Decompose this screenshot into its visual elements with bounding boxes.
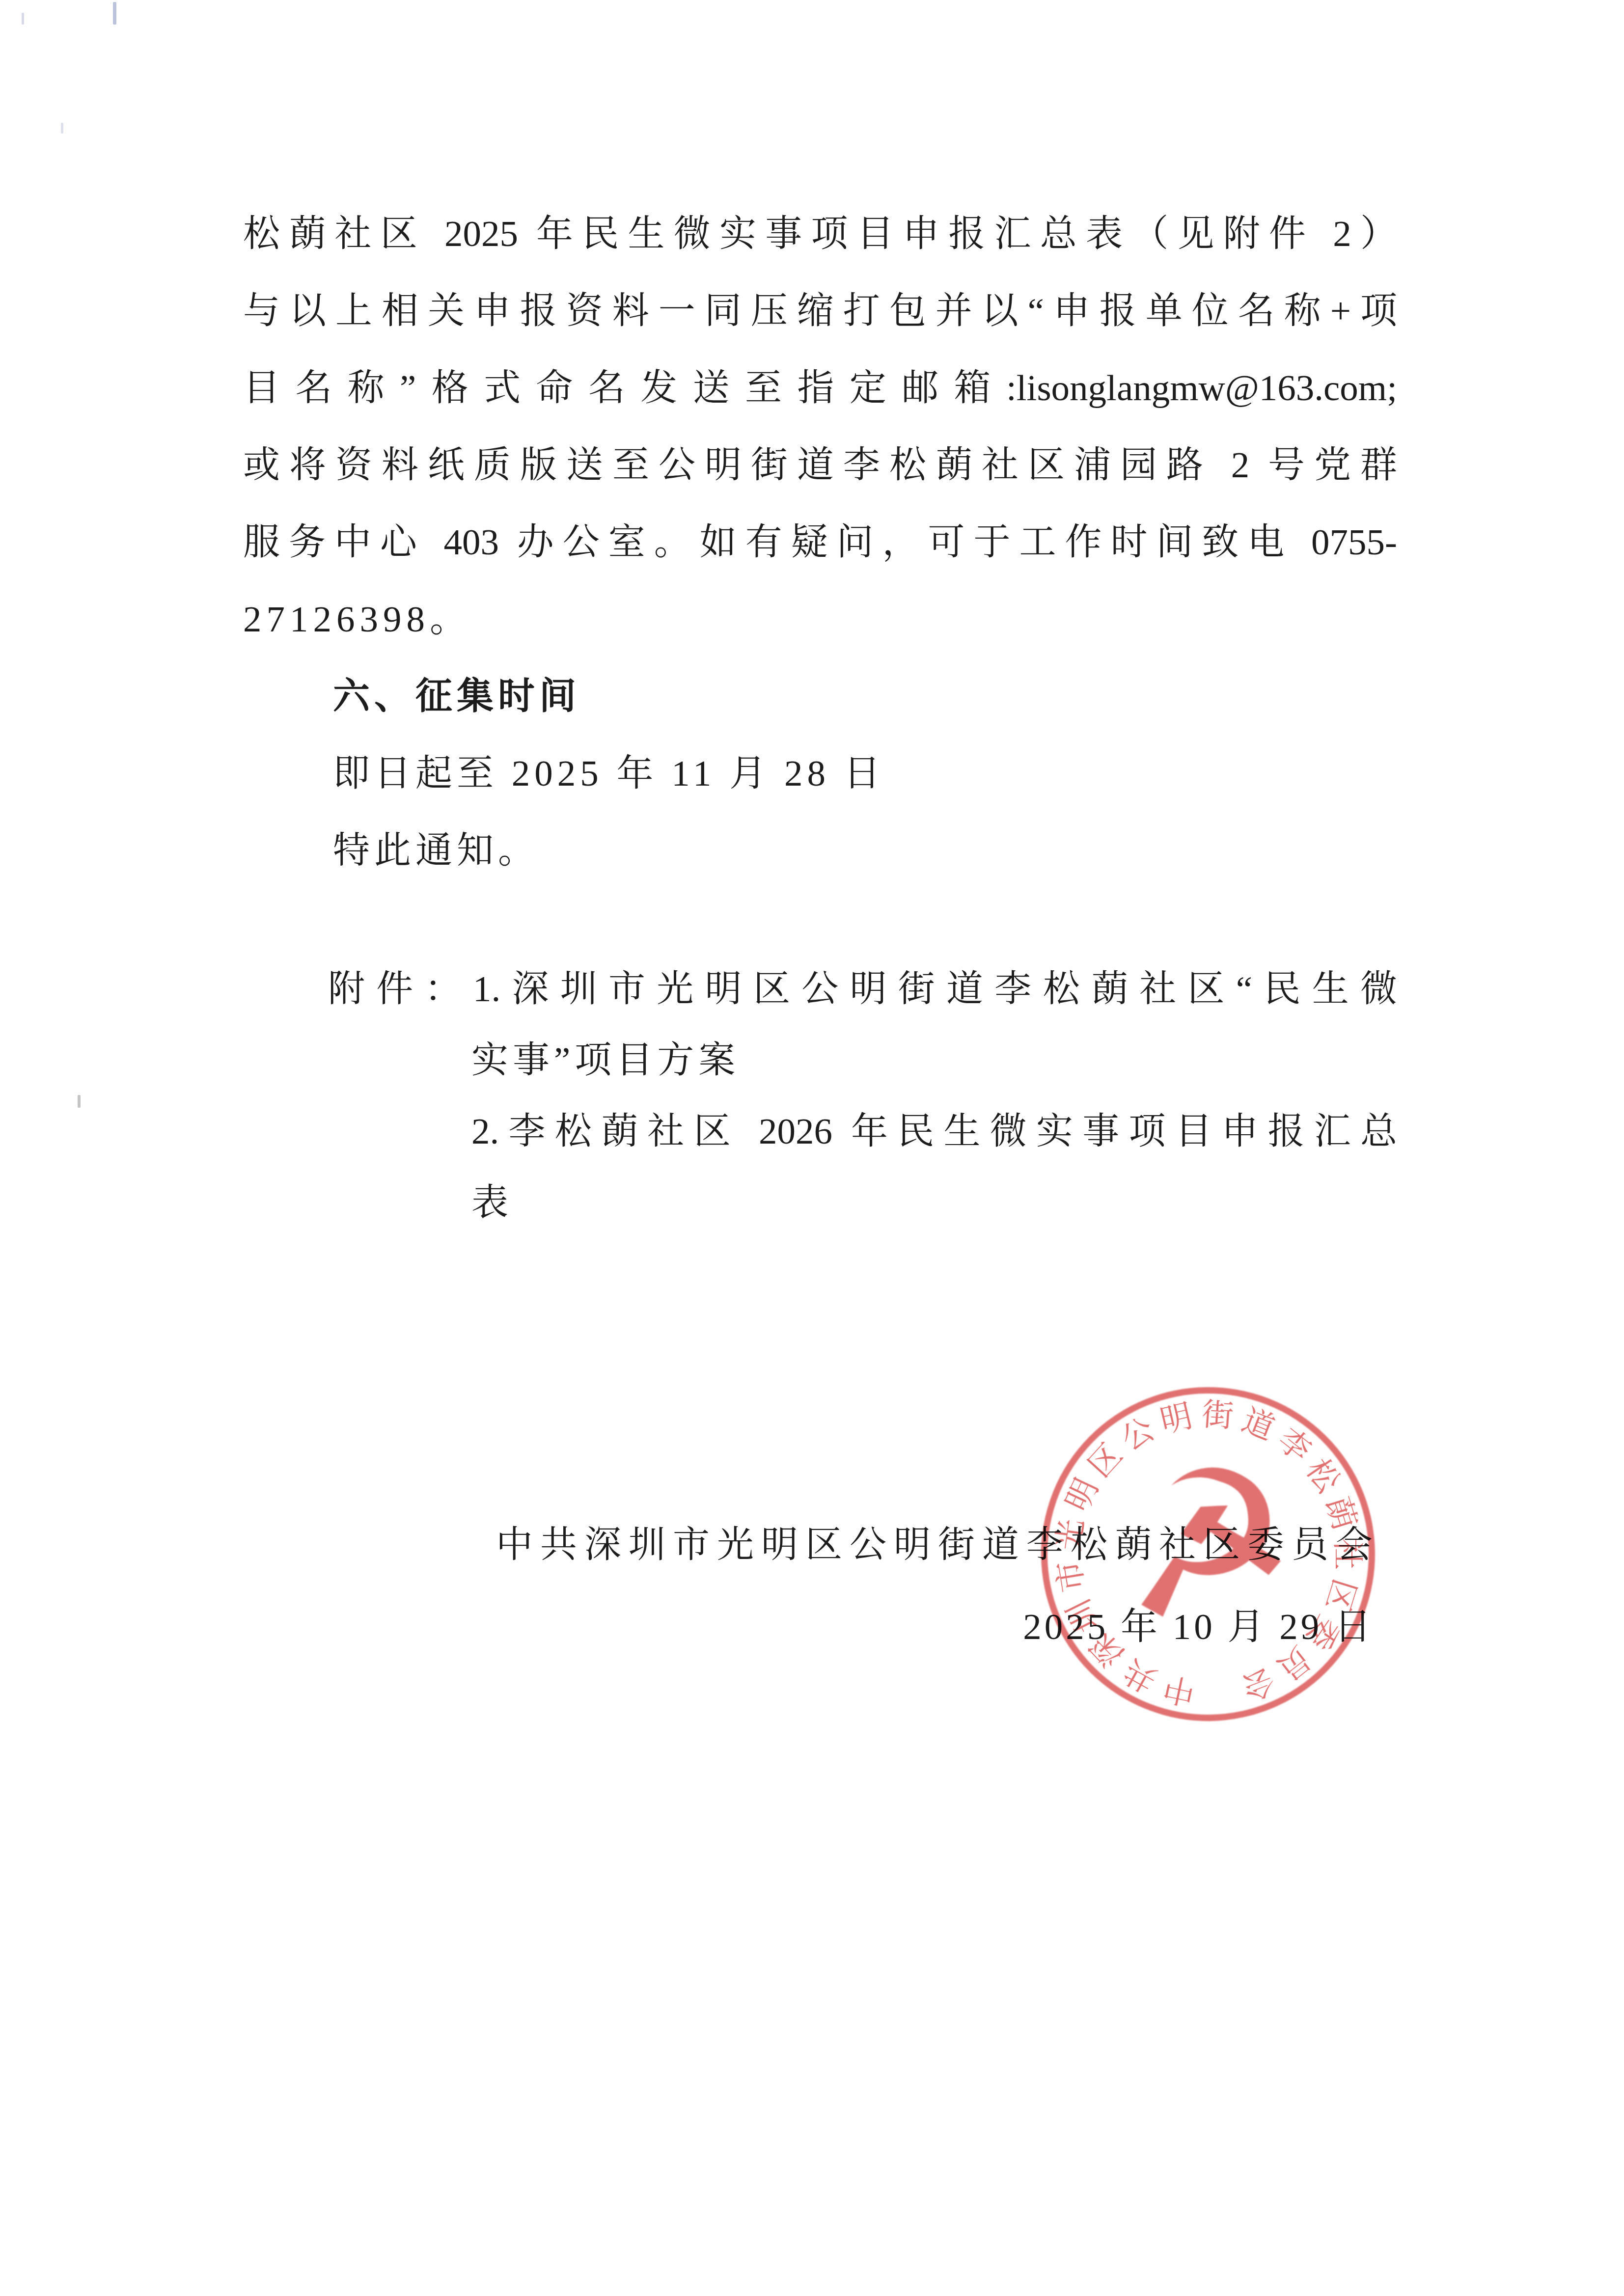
notice-closing: 特此通知。 <box>333 812 1394 889</box>
attachment-item-1-cont: 实事”项目方案 <box>328 1025 1397 1096</box>
seal-character: 松 <box>1300 1453 1346 1498</box>
body-line-address: 或将资料纸质版送至公明街道李松蓢社区浦园路 2 号党群 <box>243 427 1397 504</box>
seal-character: 道 <box>1238 1403 1279 1445</box>
body-paragraph: 松蓢社区 2025 年民生微实事项目申报汇总表（见附件 2） 与以上相关申报资料… <box>243 195 1397 658</box>
attachment-item-1: 附件：1.深圳市光明区公明街道李松蓢社区“民生微 <box>328 954 1397 1025</box>
body-line-phone: 服务中心 403 办公室。如有疑问，可于工作时间致电 0755- <box>243 504 1397 581</box>
scan-speck <box>113 2 116 25</box>
seal-character: 区 <box>1082 1438 1128 1483</box>
seal-character: 明 <box>1157 1399 1196 1438</box>
scan-speck <box>22 13 24 25</box>
scanned-notice-page: { "page": {"background": "#ffffff"}, "co… <box>0 0 1624 2296</box>
issue-date: 2025 年 10 月 29 日 <box>250 1586 1380 1668</box>
seal-character: 中 <box>1160 1671 1198 1709</box>
section-heading: 六、征集时间 <box>333 658 1394 735</box>
collection-deadline: 即日起至 2025 年 11 月 28 日 <box>333 735 1394 812</box>
scan-speck <box>61 123 63 134</box>
body-line: 松蓢社区 2025 年民生微实事项目申报汇总表（见附件 2） <box>243 195 1397 273</box>
issuing-committee: 中共深圳市光明区公明街道李松蓢社区委员会 <box>250 1504 1380 1586</box>
body-line: 与以上相关申报资料一同压缩打包并以“申报单位名称+项 <box>243 273 1397 350</box>
body-line-phone-cont: 27126398。 <box>243 581 1397 658</box>
signature-block: 中共深圳市光明区公明街道李松蓢社区委员会 2025 年 10 月 29 日 <box>250 1504 1380 1668</box>
seal-text-ring: 中共深圳市光明区公明街道李松蓢社区委员会 <box>1019 1365 1361 1401</box>
scan-speck <box>78 1095 81 1108</box>
seal-character: 会 <box>1238 1663 1279 1704</box>
section-six: 六、征集时间 即日起至 2025 年 11 月 28 日 特此通知。 <box>333 658 1394 889</box>
seal-character: 公 <box>1116 1412 1160 1456</box>
attachment-item-2-cont: 表 <box>328 1167 1397 1238</box>
body-line-email: 目名称”格式命名发送至指定邮箱:lisonglangmw@163.com; <box>243 350 1397 427</box>
attachments-list: 附件：1.深圳市光明区公明街道李松蓢社区“民生微 实事”项目方案 2.李松蓢社区… <box>328 954 1397 1238</box>
seal-character: 街 <box>1201 1398 1235 1432</box>
attachment-item-2: 2.李松蓢社区 2026 年民生微实事项目申报汇总 <box>328 1096 1397 1167</box>
seal-character: 李 <box>1271 1422 1317 1468</box>
